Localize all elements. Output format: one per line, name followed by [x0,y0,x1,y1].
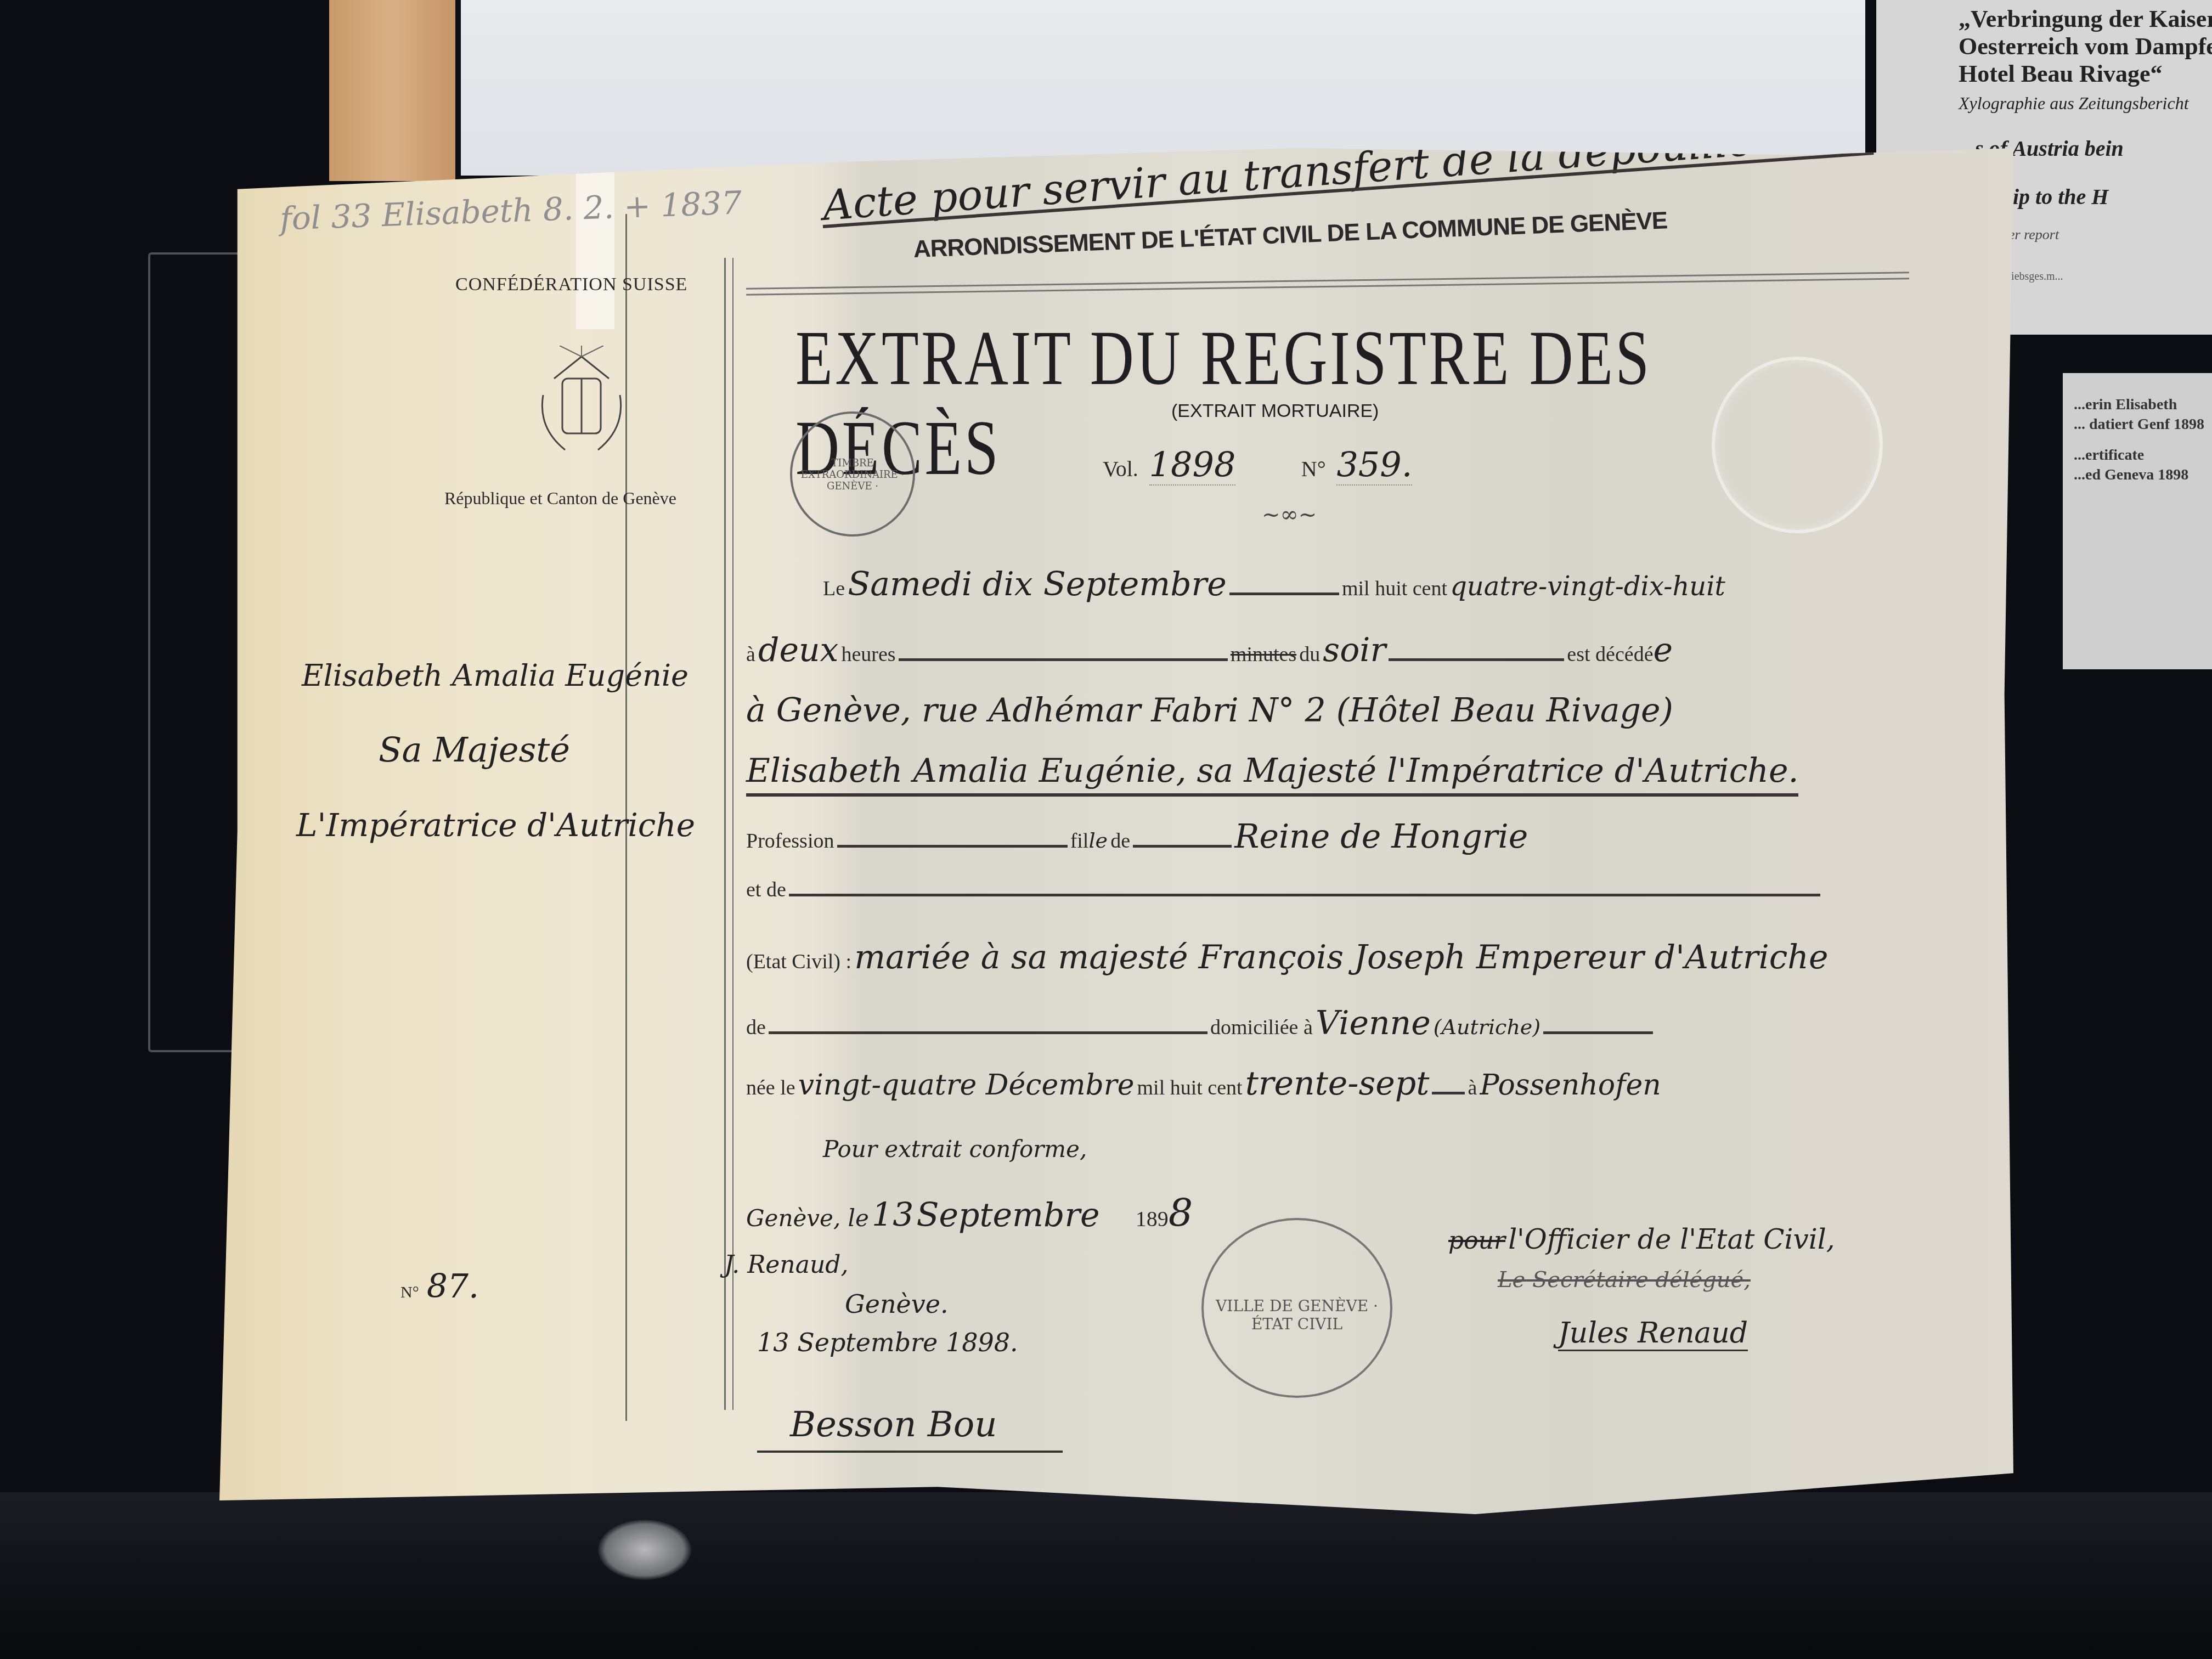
value-day: Samedi dix Septembre [848,565,1227,603]
placard-subtitle: Xylographie aus Zeitungsbericht [1959,93,2212,114]
issue-year-printed: 189 [1136,1206,1169,1231]
dust-fluff [598,1520,691,1580]
label: mil huit cent [1342,577,1447,600]
officer-title: l'Officier de l'Etat Civil, [1508,1223,1835,1255]
label: fil [1070,830,1089,853]
value-suffix: e [1654,631,1673,669]
display-base [0,1492,2212,1659]
ville-de-geneve-stamp: VILLE DE GENÈVE · ÉTAT CIVIL [1201,1218,1392,1398]
number-label: N° [1301,456,1326,481]
pour-extrait-conforme: Pour extrait conforme, [823,1136,1087,1163]
label: à [746,643,755,666]
placard-title-1: „Verbringung der Kaiserin [1959,5,2212,33]
line-et-de: et de [746,878,1898,902]
issue-day: 13 [872,1196,913,1234]
value-civil-status: mariée à sa majesté François Joseph Empe… [854,938,1828,977]
margin-number-label: N° [400,1283,419,1301]
line-place-of-death: à Genève, rue Adhémar Fabri N° 2 (Hôtel … [746,691,1673,730]
volume-number-line: Vol. 1898 N° 359. [1103,444,1412,484]
museum-display: „Verbringung der Kaiserin Oesterreich vo… [0,0,2212,1659]
republic-heading: République et Canton de Genève [444,488,676,509]
placard-lower-line: ...erin Elisabeth [2074,395,2212,415]
line-birth: née le vingt-quatre Décembre mil huit ce… [746,1064,1661,1103]
label: de [1110,830,1130,853]
place-label: Genève, le [746,1205,869,1232]
placard-lower-line: ...ertificate [2074,445,2212,465]
margin-title-empress: L'Impératrice d'Autriche [296,806,695,844]
signature-officer: Jules Renaud [1558,1317,1748,1351]
margin-rule [732,258,733,1410]
label: du [1299,643,1320,666]
volume-label: Vol. [1103,456,1138,481]
issue-date-line: Genève, le 13 Septembre 1898 [746,1190,1193,1235]
struck-secretary: Le Secrétaire délégué, [1498,1267,1751,1293]
number-value: 359. [1336,444,1412,486]
issue-year-hand: 8 [1169,1190,1193,1235]
double-rule [746,272,1909,296]
legalization-name: J. Renaud, [724,1251,848,1279]
legalization-place: Genève. [845,1289,949,1319]
volume-value: 1898 [1149,444,1236,486]
pencil-archive-note: fol 33 Elisabeth 8. 2. + 1837 [279,184,742,237]
death-certificate-document: fol 33 Elisabeth 8. 2. + 1837 CONFÉDÉRAT… [219,148,2013,1514]
label: à [1468,1076,1477,1099]
label: de [746,1016,766,1039]
label: Le [823,577,845,600]
confederation-heading: CONFÉDÉRATION SUISSE [455,274,687,295]
stamp-text: VILLE DE GENÈVE · ÉTAT CIVIL [1204,1297,1390,1333]
placard-lower-line: ... datiert Genf 1898 [2074,415,2212,435]
placard-lower-line: ...ed Geneva 1898 [2074,465,2212,485]
placard-title-3: Hotel Beau Rivage“ [1959,60,2212,88]
line-full-name: Elisabeth Amalia Eugénie, sa Majesté l'I… [746,752,1798,797]
line-date-of-death: Le Samedi dix Septembre mil huit cent qu… [823,565,1725,603]
value-gender: le [1088,828,1108,853]
value-parent: Reine de Hongrie [1234,817,1528,856]
margin-rule [724,258,726,1410]
ornament-divider: ~∞~ [1262,502,1317,527]
document-subtitle: (EXTRAIT MORTUAIRE) [1171,400,1379,422]
white-backing-panel [461,0,1865,176]
label: domiciliée à [1210,1016,1313,1039]
label: (Etat Civil) : [746,950,851,973]
value-period: soir [1323,631,1386,669]
placard-title-2: Oesterreich vom Dampfer [1959,33,2212,60]
line-civil-status: (Etat Civil) : mariée à sa majesté Franç… [746,938,1828,977]
embossed-seal [1712,357,1883,533]
value-hour: deux [758,631,838,669]
geneva-coat-of-arms-icon [527,346,636,461]
value-city: Vienne [1316,1004,1431,1042]
line-domicile: de domiciliée à Vienne (Autriche) [746,1004,1653,1042]
struck-minutes: minutes [1231,643,1296,666]
exhibit-placard-lower: ...erin Elisabeth ... datiert Genf 1898 … [2063,373,2212,669]
signature-besson: Besson Bou [757,1404,1063,1453]
label: Profession [746,830,834,853]
label: et de [746,878,786,901]
struck-pour: pour [1448,1227,1505,1255]
label: heures [841,643,895,666]
value-birth-day: vingt-quatre Décembre [798,1069,1135,1102]
issue-month: Septembre [916,1196,1099,1234]
label: mil huit cent [1137,1076,1243,1099]
officer-line: pour l'Officier de l'Etat Civil, [1448,1223,1835,1255]
value-country: (Autriche) [1434,1015,1541,1039]
value-birth-year: trente-sept [1245,1064,1430,1103]
label: est décédé [1567,643,1653,666]
legalization-date: 13 Septembre 1898. [757,1328,1018,1357]
tape-strip [576,148,614,329]
margin-title-majesty: Sa Majesté [379,730,570,770]
stamp-text: TIMBRE EXTRAORDINAIRE · GENÈVE · [798,458,907,492]
value-birthplace: Possenhofen [1480,1069,1661,1102]
line-time-of-death: à deux heures minutes du soir est décédé… [746,631,1673,669]
margin-number: N° 87. [400,1267,479,1306]
label: née le [746,1076,795,1099]
line-profession-parents: Profession fille de Reine de Hongrie [746,817,1528,856]
margin-deceased-name: Elisabeth Amalia Eugénie [302,658,689,693]
timbre-extraordinaire-stamp: TIMBRE EXTRAORDINAIRE · GENÈVE · [790,411,915,537]
wooden-frame [329,0,455,181]
margin-number-value: 87. [427,1267,479,1306]
value-year: quatre-vingt-dix-huit [1450,571,1725,602]
